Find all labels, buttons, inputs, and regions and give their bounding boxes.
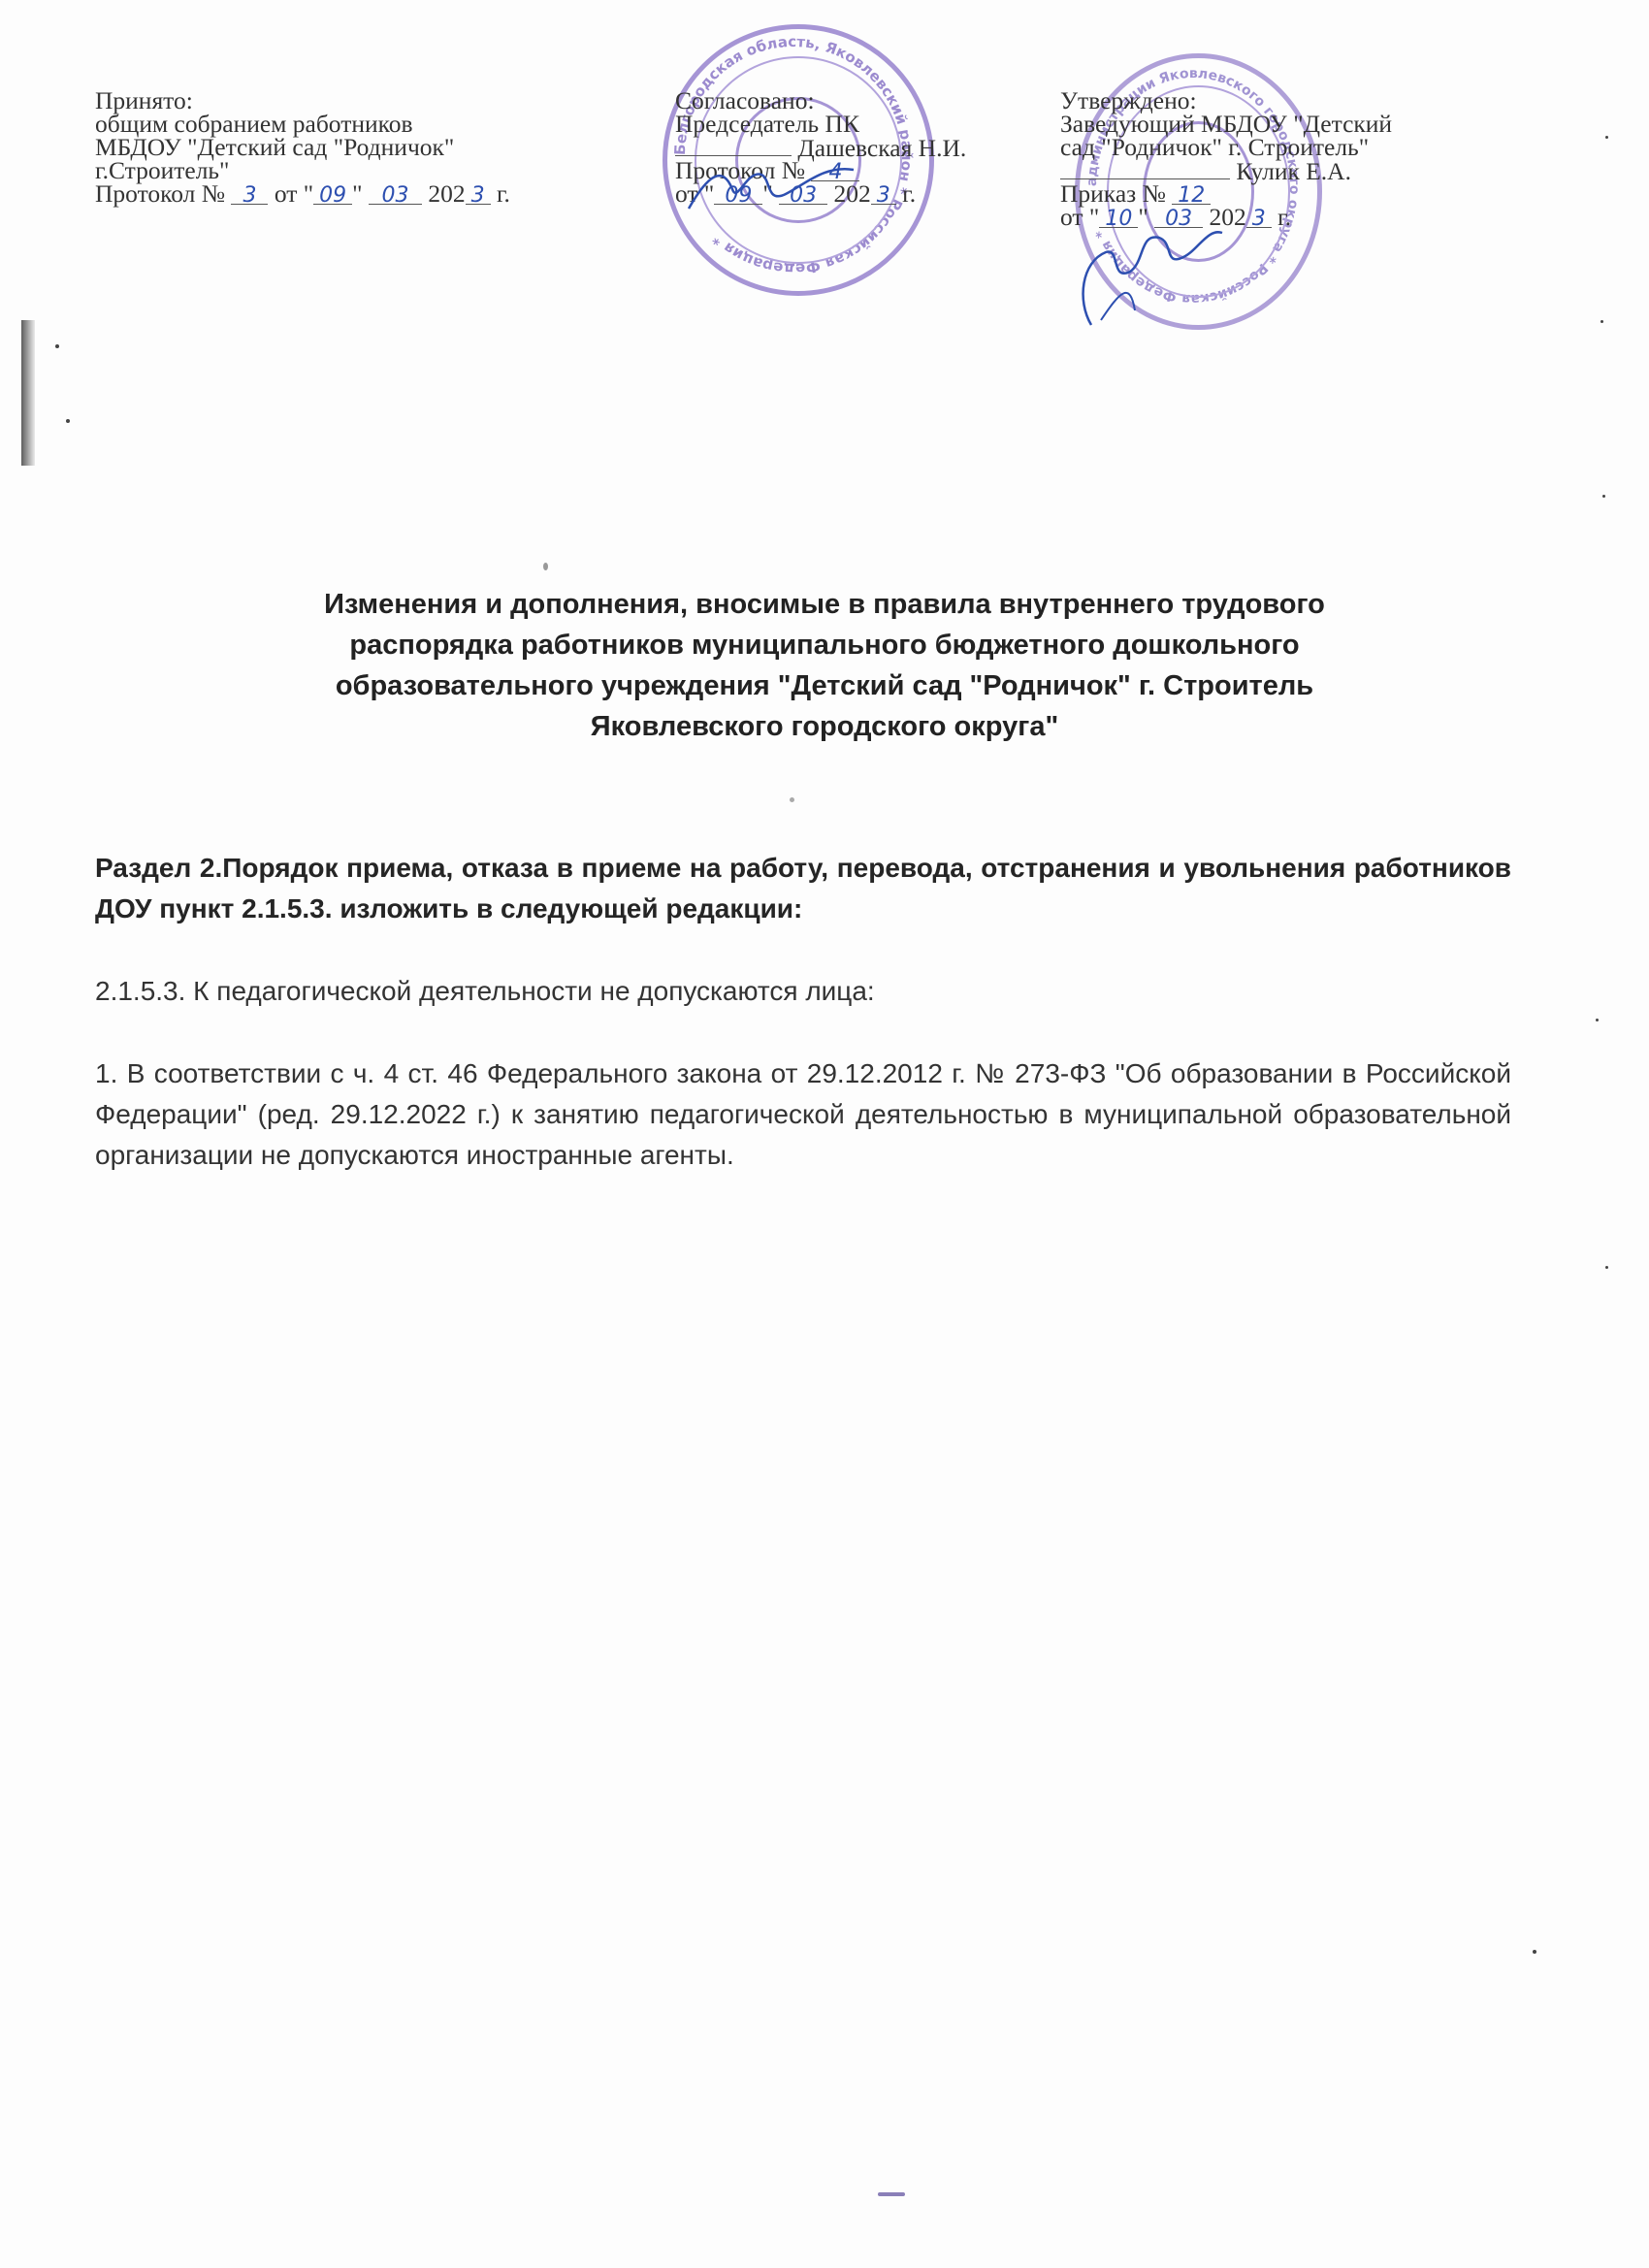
protocol-number-field: 3 [231,184,268,205]
date-month-field: 03 [369,184,422,205]
approved-name: Кулик Е.А. [1236,157,1351,185]
scan-speck [66,419,70,423]
scan-speck [1533,1950,1536,1954]
section-heading: Раздел 2.Порядок приема, отказа в приеме… [95,848,1511,929]
protocol-prefix: Протокол № [95,179,225,208]
header-accepted-block: Принято: общим собранием работников МБДО… [95,89,638,206]
year-prefix: 202 [428,179,465,208]
year-suffix-field: 3 [466,184,491,205]
union-signature-icon [679,155,873,233]
scan-speck [790,797,794,802]
scan-speck [1596,1019,1599,1021]
scan-speck [1605,136,1608,139]
clause-item-1: 1. В соответствии с ч. 4 ст. 46 Федераль… [95,1053,1511,1176]
date-prefix: от " [275,179,313,208]
document-page: Белгородская область, Яковлевский район … [0,0,1649,2268]
scan-speck [1600,320,1603,323]
signature-line [675,136,792,156]
accepted-protocol-line: Протокол № 3 от "09" 03 2023 г. [95,182,638,206]
scan-speck [1605,1266,1608,1269]
approved-org-line: сад "Родничок" г. Строитель" [1060,136,1565,159]
title-line-1: Изменения и дополнения, вносимые в прави… [145,584,1503,625]
date-quote: " [352,179,362,208]
director-signature-icon [1062,194,1237,330]
scan-speck [543,563,548,570]
scan-speck [55,344,59,348]
clause-heading: 2.1.5.3. К педагогической деятельности н… [95,971,1511,1012]
scan-smudge [21,320,35,466]
year-suffix-field: 3 [871,184,896,205]
year-end: г. [1277,203,1291,231]
scan-speck [1602,495,1605,498]
signature-line [1060,159,1230,179]
agreed-position-line: Председатель ПК [675,113,1044,136]
title-line-2: распорядка работников муниципального бюд… [145,625,1503,665]
year-suffix-field: 3 [1246,208,1272,228]
date-day-field: 09 [313,184,352,205]
title-line-3: образовательного учреждения "Детский сад… [145,665,1503,706]
scan-speck [878,2192,905,2196]
title-line-4: Яковлевского городского округа" [145,706,1503,747]
document-title: Изменения и дополнения, вносимые в прави… [145,584,1503,747]
year-end: г. [902,179,916,208]
year-end: г. [497,179,510,208]
